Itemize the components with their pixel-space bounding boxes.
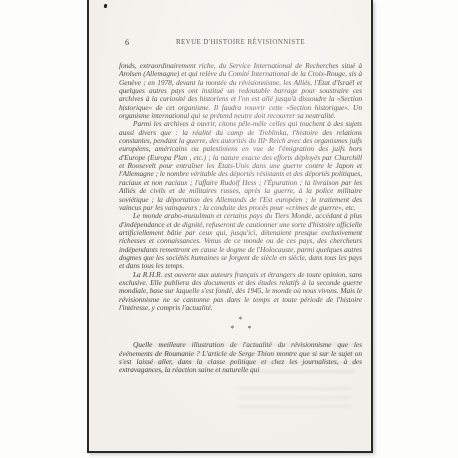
separator-asterisk-bottom-right: * [248, 325, 252, 333]
body-paragraph-3: Le monde arabo-musulman et certains pays… [119, 212, 362, 270]
separator-asterisk-bottom-left: * [231, 325, 235, 333]
running-title: REVUE D'HISTOIRE RÉVISIONNISTE [119, 39, 362, 46]
scanned-book-page: 6 REVUE D'HISTOIRE RÉVISIONNISTE fonds, … [87, 0, 373, 453]
bleed-through-texture [239, 384, 351, 414]
body-paragraph-1: fonds, extraordinairement riche, du Serv… [119, 62, 362, 120]
ink-speck [104, 4, 108, 9]
body-paragraph-2: Parmi les archives à ouvrir, citons pêle… [119, 120, 362, 212]
screenshot-root: { "page": { "number": "6", "running_titl… [0, 0, 458, 458]
body-paragraph-4: La R.H.R. est ouverte aux auteurs frança… [119, 271, 362, 313]
body-paragraph-5: Quelle meilleure illustration de l'actua… [119, 341, 362, 374]
separator-asterisk-top: * [239, 316, 243, 324]
running-header: 6 REVUE D'HISTOIRE RÉVISIONNISTE [119, 38, 362, 50]
section-separator: * * * [119, 314, 362, 340]
body-text-block: fonds, extraordinairement riche, du Serv… [119, 62, 362, 375]
